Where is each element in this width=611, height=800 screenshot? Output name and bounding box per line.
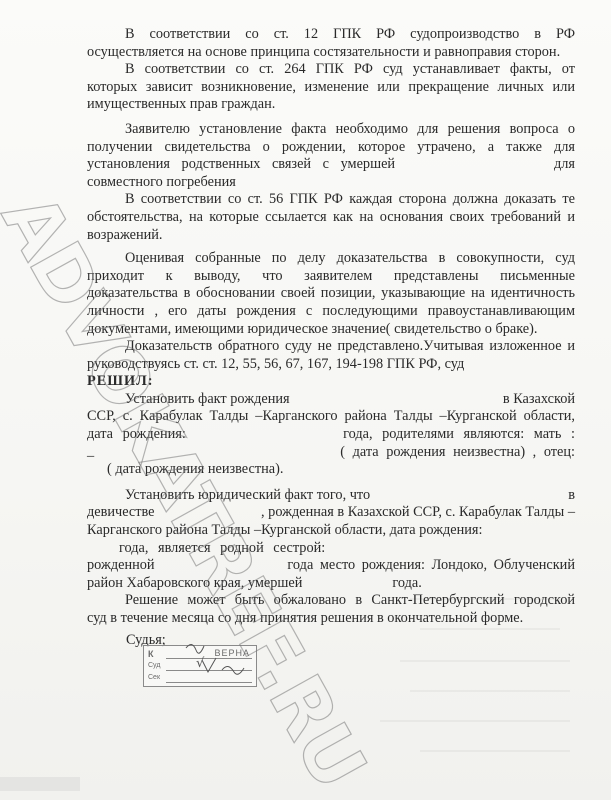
paragraph-line: документами, имеющими юридическое значен… [87,321,575,339]
text-fragment: в Казахской [465,391,575,409]
paragraph-line: приходит к выводу, что заявителем предст… [87,268,575,286]
stamp-row: Сек [148,674,160,681]
signature-icon [182,638,252,686]
paragraph-line: В соответствии со ст. 264 ГПК РФ суд уст… [87,61,575,79]
paragraph-line: осуществляется на основе принципа состяз… [87,44,575,62]
stamp-row: Суд [148,662,160,669]
text-fragment: года. [392,575,421,591]
paragraph-line: имущественных прав граждан. [87,96,575,114]
paragraph-line: район Хабаровского края, умершейгода. [87,575,575,593]
paragraph-line: совместного погребения [87,174,575,192]
paragraph-line: В соответствии со ст. 12 ГПК РФ судопрои… [87,26,575,44]
paragraph-line: –( дата рождения неизвестна) , отец: [87,444,575,462]
text-fragment: район Хабаровского края, умершей [87,575,302,591]
text-fragment: рожденной [87,557,155,573]
scanned-page: В соответствии со ст. 12 ГПК РФ судопрои… [0,0,611,800]
paragraph-line: рожденнойгода место рождения: Лондоко, О… [87,557,575,575]
text-fragment: , рожденная в Казахской ССР, с. Карабула… [261,504,575,522]
paragraph-line: В соответствии со ст. 56 ГПК РФ каждая с… [87,191,575,209]
paragraph-line: дата рождения:года, родителями являются:… [87,426,575,444]
paragraph-line: установления родственных связей с умерше… [87,156,575,174]
decision-heading: РЕШИЛ: [87,373,575,391]
text-fragment: в [530,487,575,505]
spacer [87,114,575,121]
paragraph-line: доказательства в обосновании своей позиц… [87,285,575,303]
text-fragment: года место рождения: Лондоко, Облученски… [287,557,575,575]
text-fragment: ( дата рождения неизвестна) , отец: [340,444,575,462]
text-fragment: Установить факт рождения [125,391,290,407]
certification-stamp: ВЕРНА К Суд Сек √ [143,645,257,687]
document-body: В соответствии со ст. 12 ГПК РФ судопрои… [87,26,575,628]
paragraph-line: Заявителю установление факта необходимо … [87,121,575,139]
paragraph-line: года, является родной сестрой: [87,540,575,558]
text-fragment: года, родителями являются: мать : [343,426,575,444]
spacer [87,479,575,487]
text-fragment: дата рождения: [87,426,186,442]
text-fragment: для [554,156,575,174]
paragraph-line: суд в течение месяца со дня принятия реш… [87,610,575,628]
paragraph-line: Решение может быть обжаловано в Санкт-Пе… [87,592,575,610]
paragraph-line: получении свидетельства о рождении, кото… [87,139,575,157]
paragraph-line: ССР, с. Карабулак Талды –Карганского рай… [87,408,575,426]
text-fragment: девичестве [87,504,155,520]
paragraph-line: которых зависит возникновение, изменение… [87,79,575,97]
paragraph-line: Карганского района Талды –Курганской обл… [87,522,575,540]
text-fragment: – [87,448,94,466]
stamp-row: К [148,649,154,659]
paragraph-line: обстоятельства, на которые ссылается как… [87,209,575,227]
text-fragment: установления родственных связей с умерше… [87,156,395,172]
paragraph-line: девичестве, рожденная в Казахской ССР, с… [87,504,575,522]
text-fragment: Установить юридический факт того, что [125,487,370,503]
paragraph-line: возражений. [87,227,575,245]
paragraph-line: руководствуясь ст. ст. 12, 55, 56, 67, 1… [87,356,575,374]
paragraph-line: личности , его даты рождения с последующ… [87,303,575,321]
paragraph-line: Доказательств обратного суду не представ… [87,338,575,356]
paragraph-line: Оценивая собранные по делу доказательств… [87,250,575,268]
paragraph-line: Установить факт рожденияв Казахской [87,391,575,409]
paragraph-line: Установить юридический факт того, чтов [87,487,575,505]
paragraph-line: ( дата рождения неизвестна). [87,461,575,479]
